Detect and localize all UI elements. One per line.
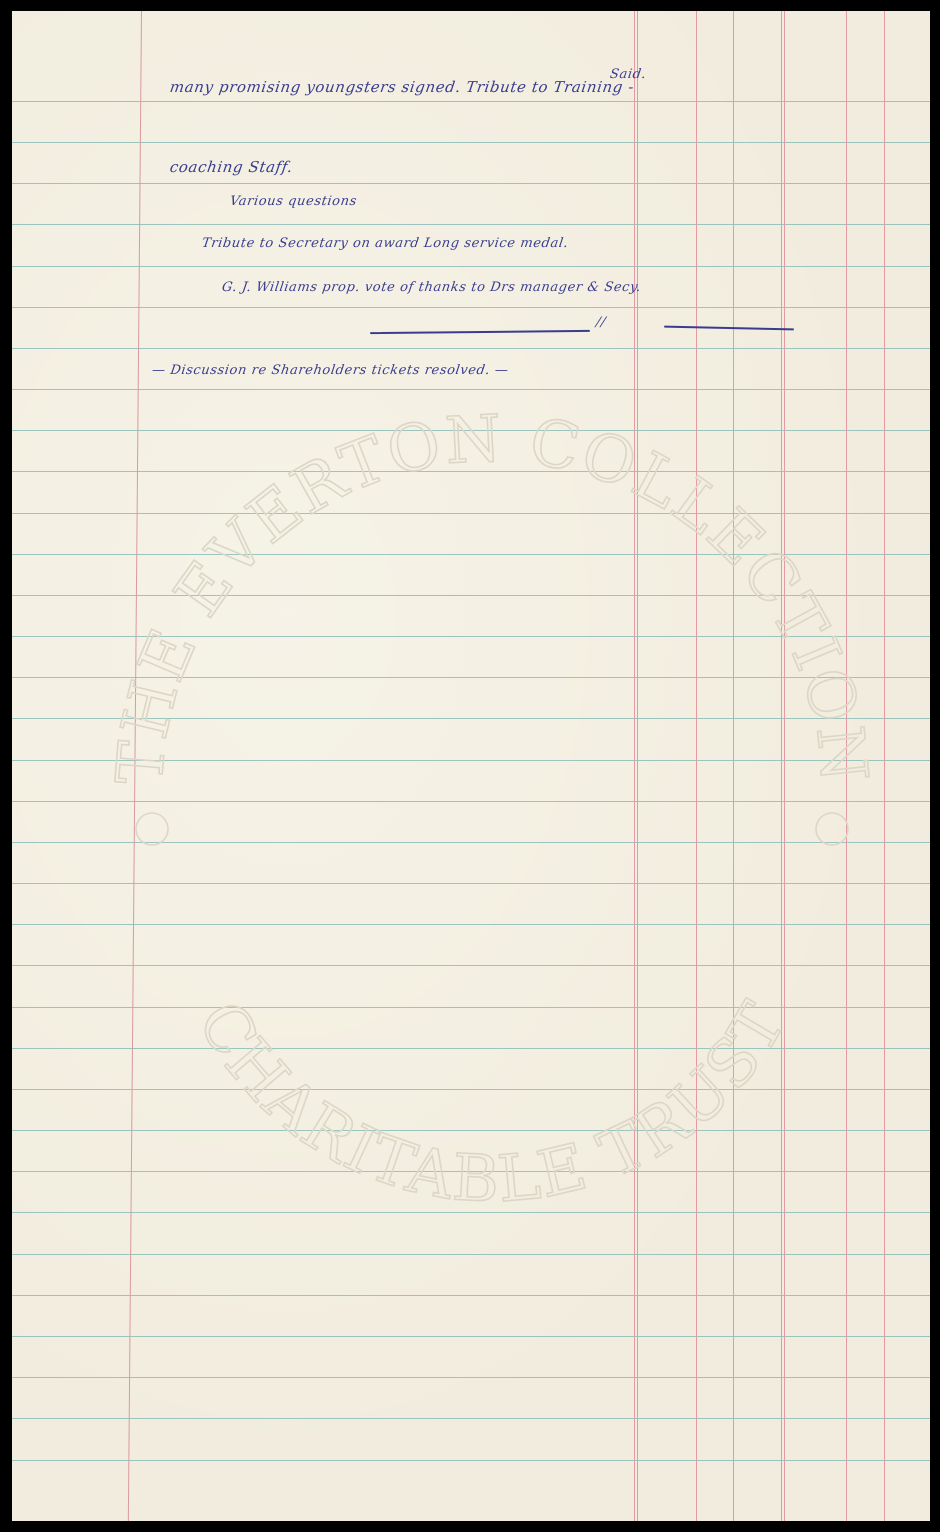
- minutes-line-7: — Discussion re Shareholders tickets res…: [151, 363, 510, 378]
- separator-mark: //: [595, 315, 607, 330]
- minutes-line-3: Various questions: [229, 194, 358, 209]
- minutes-line-5: G. J. Williams prop. vote of thanks to D…: [221, 280, 642, 295]
- handwritten-minutes: Said. many promising youngsters signed. …: [12, 11, 930, 1521]
- minutes-line-2: coaching Staff.: [169, 158, 294, 176]
- ledger-page: THE EVERTON COLLECTION CHARITABLE TRUST …: [12, 11, 930, 1521]
- separator-stroke-right: [664, 326, 794, 330]
- minutes-line-1: many promising youngsters signed. Tribut…: [169, 78, 636, 96]
- minutes-line-4: Tribute to Secretary on award Long servi…: [201, 236, 569, 251]
- separator-stroke-left: [370, 330, 590, 334]
